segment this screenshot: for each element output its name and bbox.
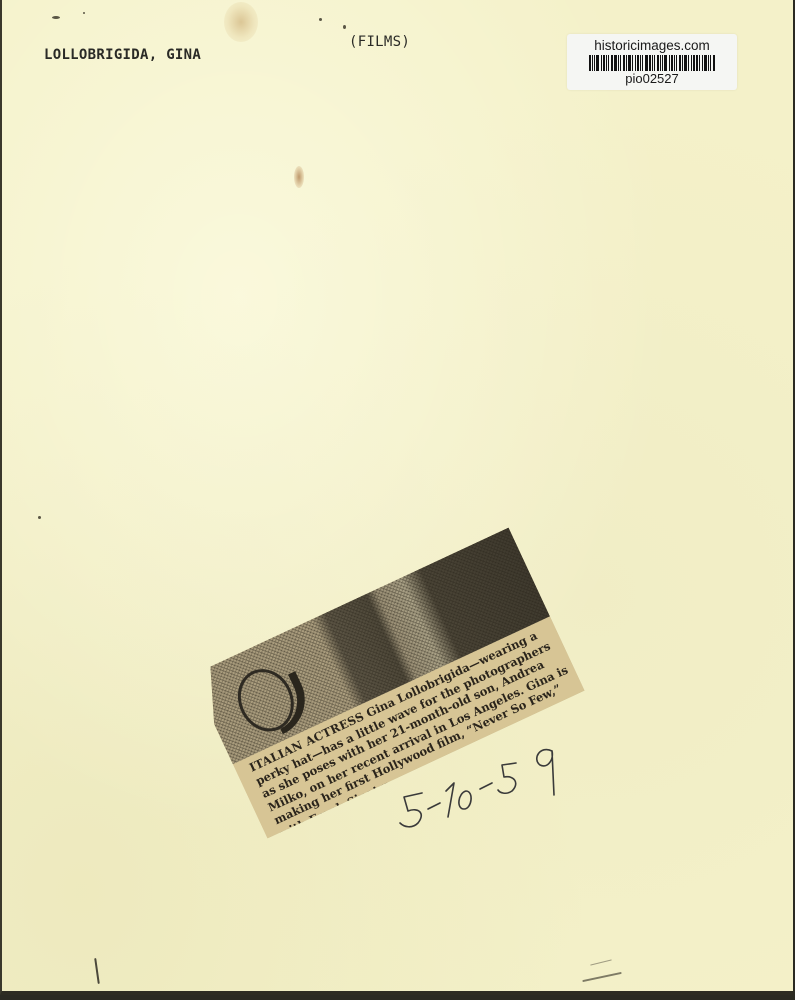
category-label: (FILMS) — [349, 34, 410, 50]
archive-sticker: historicimages.com pio02527 — [567, 34, 737, 90]
scratch-mark — [590, 959, 612, 965]
speck-mark — [319, 18, 322, 21]
speck-mark — [83, 12, 85, 14]
speck-mark — [52, 16, 60, 19]
subject-heading: LOLLOBRIGIDA, GINA — [44, 47, 201, 63]
scratch-mark — [94, 958, 100, 984]
stain-mark — [294, 166, 304, 188]
speck-mark — [38, 516, 41, 519]
stain-mark — [224, 2, 258, 42]
scratch-mark — [582, 972, 622, 982]
barcode-icon — [580, 55, 725, 71]
handwritten-date — [394, 735, 594, 835]
handwritten-date-strokes — [394, 735, 594, 835]
photo-back-sheet: LOLLOBRIGIDA, GINA (FILMS) historicimage… — [0, 0, 793, 995]
archive-item-code: pio02527 — [567, 72, 737, 86]
speck-mark — [343, 25, 346, 29]
archive-site-name: historicimages.com — [567, 38, 737, 53]
